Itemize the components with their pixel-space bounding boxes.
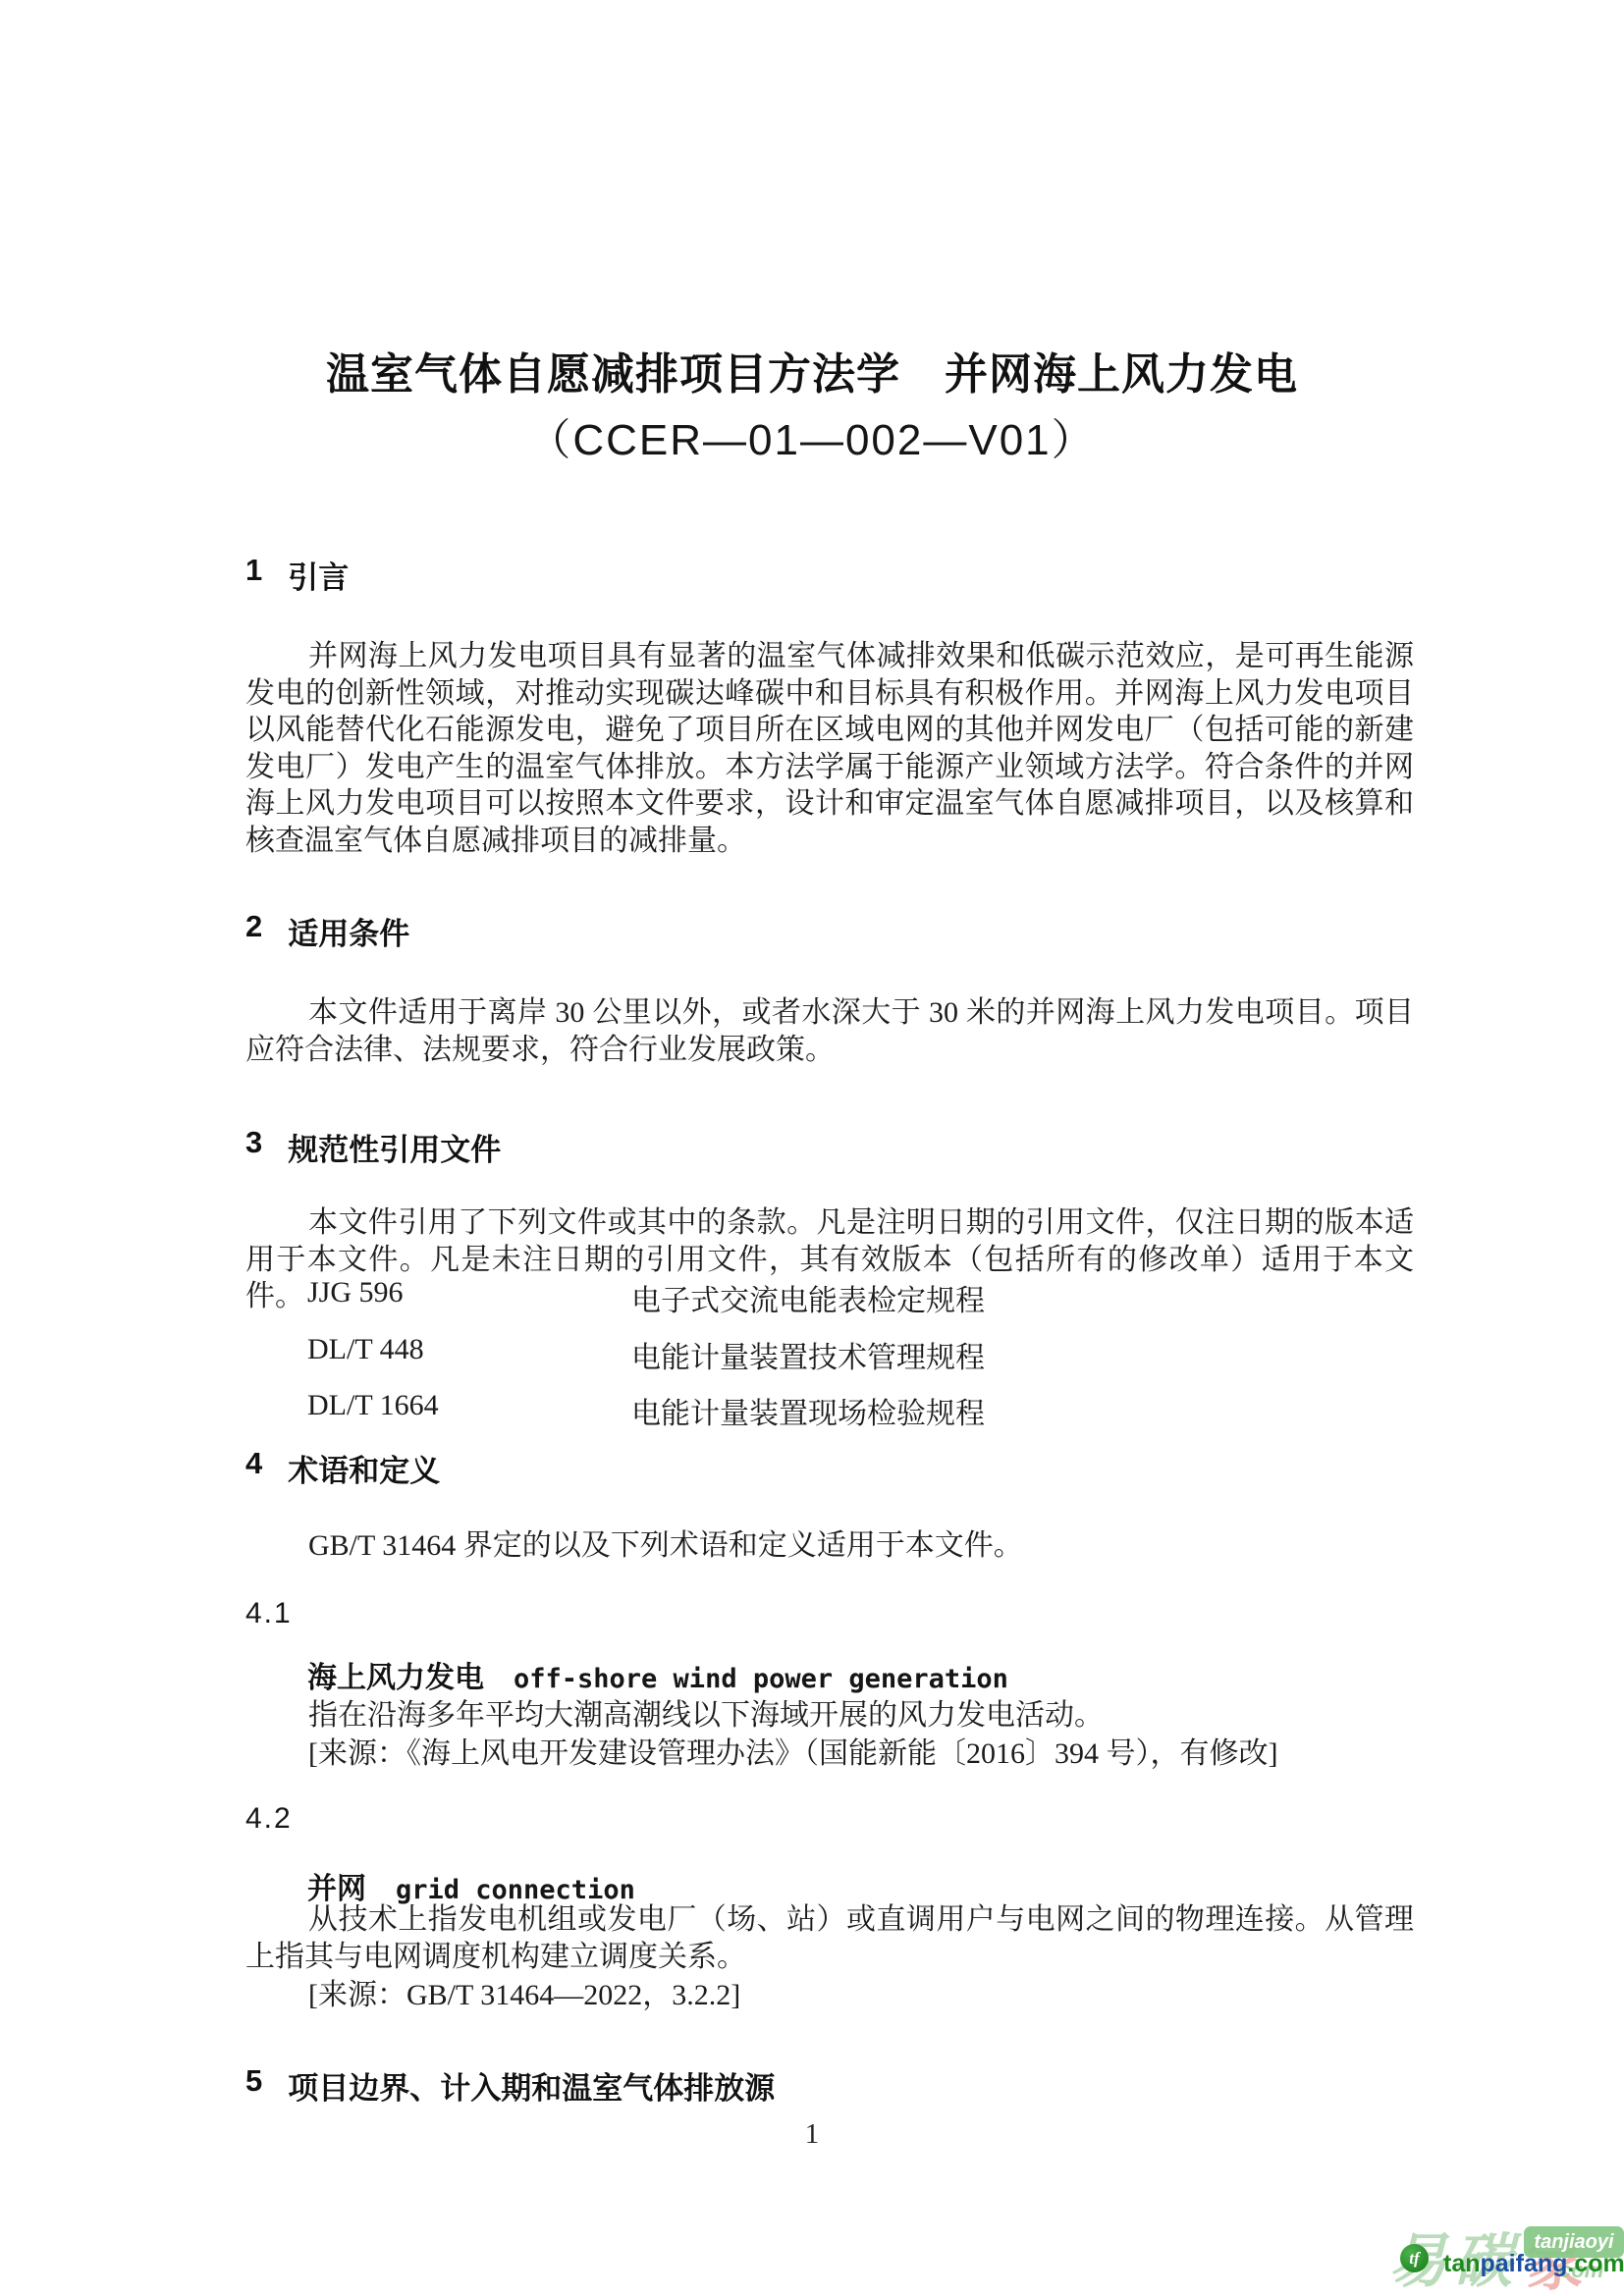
term-heading-4-1: 海上风力发电 off-shore wind power generation: [307, 1653, 1414, 1696]
section-4-paragraph: GB/T 31464 界定的以及下列术语和定义适用于本文件。: [245, 1527, 1414, 1565]
subsection-number-4-1: 4.1: [245, 1597, 293, 1630]
section-heading-4: 4 术语和定义: [245, 1446, 1414, 1490]
section-1-paragraph: 并网海上风力发电项目具有显著的温室气体减排效果和低碳示范效应，是可再生能源发电的…: [245, 638, 1414, 860]
section-heading-2: 2 适用条件: [245, 909, 1414, 953]
term-source-4-1: [来源：《海上风电开发建设管理办法》（国能新能〔2016〕394 号），有修改]: [245, 1735, 1414, 1773]
site-watermark: 易碳 家 com tanjiaoyi tf tanpaifang.com: [1380, 2203, 1624, 2296]
section-number: 4: [245, 1446, 262, 1490]
reference-title: 电能计量装置技术管理规程: [631, 1333, 1414, 1376]
reference-code: DL/T 1664: [307, 1389, 631, 1422]
section-label: 术语和定义: [288, 1446, 440, 1490]
section-label: 项目边界、计入期和温室气体排放源: [288, 2063, 775, 2108]
section-number: 2: [245, 909, 262, 953]
section-label: 引言: [288, 553, 349, 597]
section-heading-1: 1 引言: [245, 553, 1414, 597]
subsection-number-4-2: 4.2: [245, 1802, 293, 1836]
document-title: 温室气体自愿减排项目方法学 并网海上风力发电: [0, 339, 1624, 401]
term-definition-4-1: 指在沿海多年平均大潮高潮线以下海域开展的风力发电活动。: [245, 1697, 1414, 1735]
reference-row: DL/T 1664 电能计量装置现场检验规程: [307, 1389, 1414, 1446]
site-url: tanpaifang.com: [1443, 2250, 1624, 2278]
site-url-part: paifang: [1481, 2250, 1568, 2277]
reference-title: 电子式交流电能表检定规程: [631, 1276, 1414, 1319]
section-heading-3: 3 规范性引用文件: [245, 1125, 1414, 1169]
references-list: JJG 596 电子式交流电能表检定规程 DL/T 448 电能计量装置技术管理…: [307, 1276, 1414, 1446]
section-2-paragraph: 本文件适用于离岸 30 公里以外，或者水深大于 30 米的并网海上风力发电项目。…: [245, 994, 1414, 1068]
section-heading-5: 5 项目边界、计入期和温室气体排放源: [245, 2063, 1414, 2108]
site-logo-icon: tf: [1400, 2244, 1429, 2272]
section-number: 5: [245, 2063, 262, 2108]
document-subtitle: （CCER—01—002—V01）: [0, 404, 1624, 467]
section-number: 1: [245, 553, 262, 597]
reference-code: DL/T 448: [307, 1333, 631, 1366]
section-label: 适用条件: [288, 909, 409, 953]
reference-row: JJG 596 电子式交流电能表检定规程: [307, 1276, 1414, 1333]
reference-code: JJG 596: [307, 1276, 631, 1309]
term-source-4-2: [来源：GB/T 31464—2022，3.2.2]: [245, 1977, 1414, 2014]
term-en-label: off-shore wind power generation: [514, 1664, 1008, 1694]
logo-monogram: tf: [1409, 2250, 1419, 2267]
reference-row: DL/T 448 电能计量装置技术管理规程: [307, 1333, 1414, 1390]
reference-title: 电能计量装置现场检验规程: [631, 1389, 1414, 1432]
section-number: 3: [245, 1125, 262, 1169]
term-definition-4-2: 从技术上指发电机组或发电厂（场、站）或直调用户与电网之间的物理连接。从管理上指其…: [245, 1901, 1414, 1976]
section-label: 规范性引用文件: [288, 1125, 501, 1169]
document-page: 温室气体自愿减排项目方法学 并网海上风力发电 （CCER—01—002—V01）…: [0, 0, 1624, 2296]
term-zh-label: 海上风力发电: [307, 1653, 484, 1696]
site-url-part: tan: [1443, 2250, 1481, 2277]
site-url-part: .com: [1567, 2250, 1624, 2277]
page-number: 1: [0, 2118, 1624, 2151]
